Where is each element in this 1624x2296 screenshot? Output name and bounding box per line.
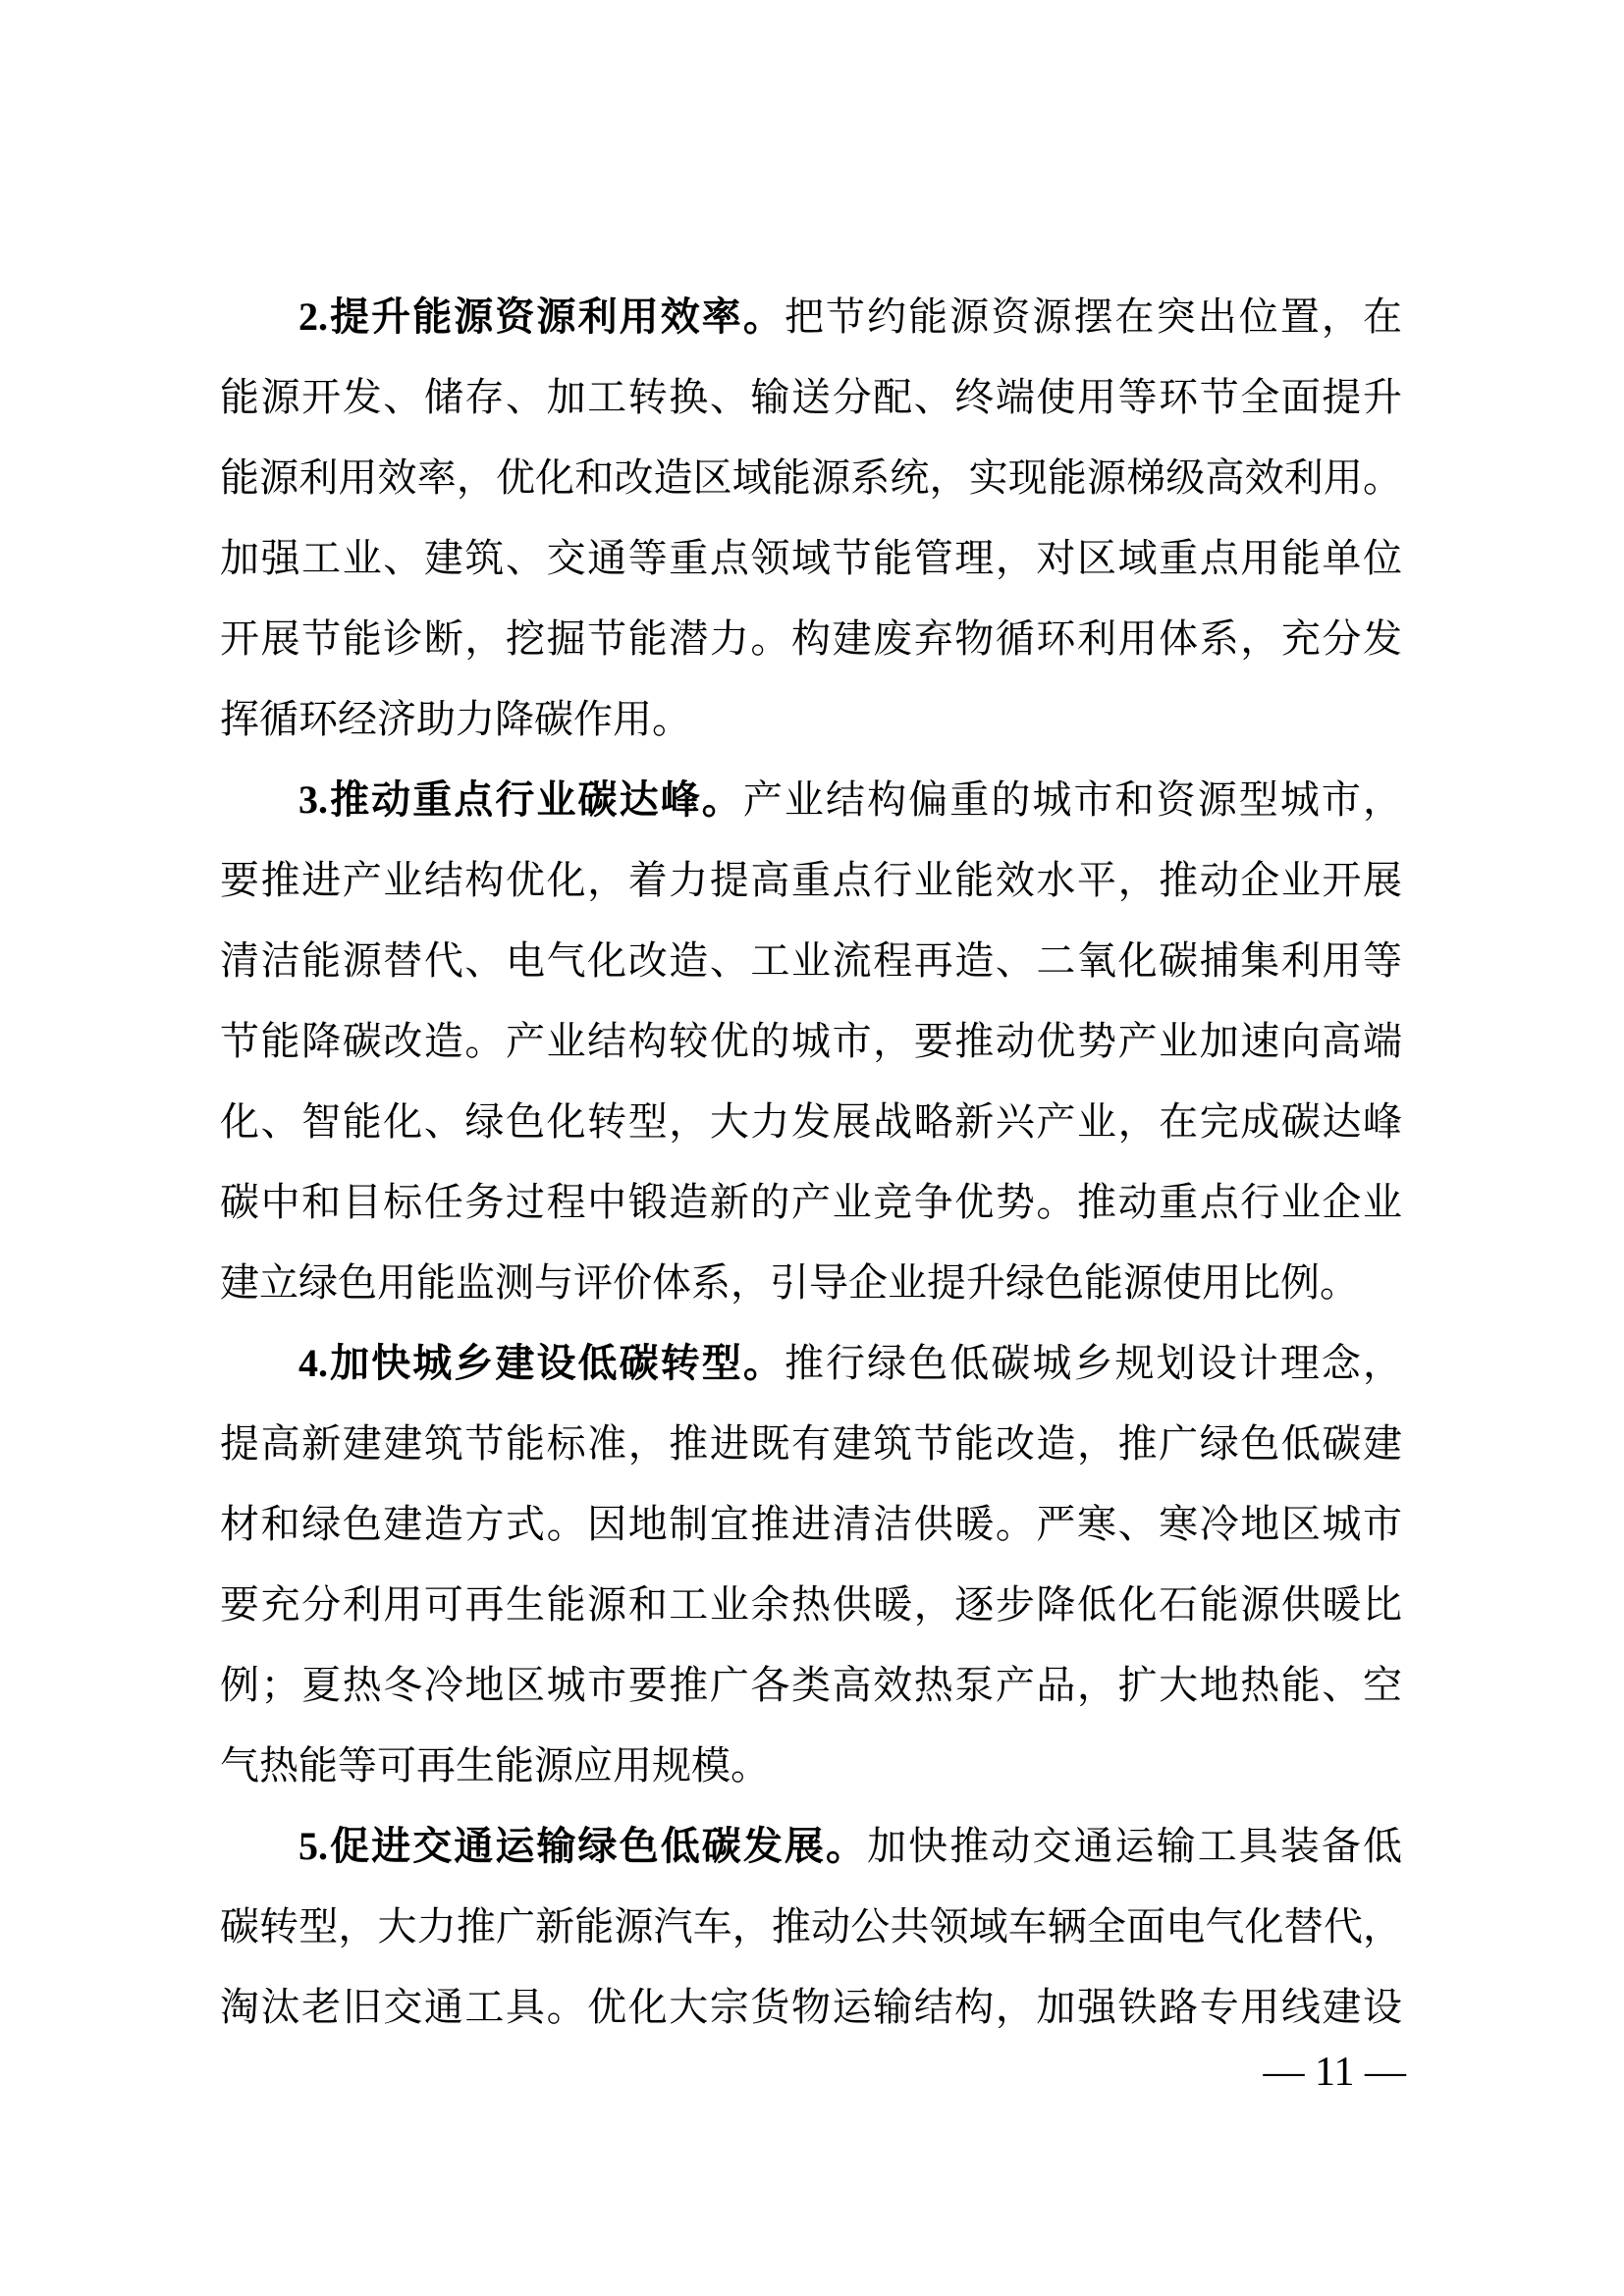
paragraph-3-line-7: 建立绿色用能监测与评价体系，引导企业提升绿色能源使用比例。	[220, 1243, 1402, 1323]
line-text: 材和绿色建造方式。因地制宜推进清洁供暖。严寒、寒冷地区城市	[220, 1502, 1402, 1546]
document-page: 2.提升能源资源利用效率。把节约能源资源摆在突出位置，在能源开发、储存、加工转换…	[0, 0, 1624, 2296]
line-text: 例；夏热冬冷地区城市要推广各类高效热泵产品，扩大地热能、空	[220, 1663, 1402, 1707]
paragraph-lead-heading: 5.促进交通运输绿色低碳发展。	[298, 1824, 867, 1868]
paragraph-2-line-5: 开展节能诊断，挖掘节能潜力。构建废弃物循环利用体系，充分发	[220, 599, 1402, 679]
paragraph-3-line-1: 3.推动重点行业碳达峰。产业结构偏重的城市和资源型城市，	[220, 760, 1402, 840]
page-number: — 11 —	[1264, 2050, 1406, 2095]
line-text: 化、智能化、绿色化转型，大力发展战略新兴产业，在完成碳达峰	[220, 1099, 1402, 1144]
paragraph-lead-heading: 3.推动重点行业碳达峰。	[298, 777, 743, 822]
paragraph-5-line-2: 碳转型，大力推广新能源汽车，推动公共领域车辆全面电气化替代，	[220, 1887, 1402, 1967]
line-text: 能源开发、储存、加工转换、输送分配、终端使用等环节全面提升	[220, 375, 1402, 419]
paragraph-3-line-3: 清洁能源替代、电气化改造、工业流程再造、二氧化碳捕集利用等	[220, 921, 1402, 1001]
paragraph-3-line-4: 节能降碳改造。产业结构较优的城市，要推动优势产业加速向高端	[220, 1001, 1402, 1082]
line-text: 开展节能诊断，挖掘节能潜力。构建废弃物循环利用体系，充分发	[220, 616, 1402, 661]
paragraph-3-line-2: 要推进产业结构优化，着力提高重点行业能效水平，推动企业开展	[220, 840, 1402, 921]
paragraph-3-line-6: 碳中和目标任务过程中锻造新的产业竞争优势。推动重点行业企业	[220, 1162, 1402, 1243]
line-text: 清洁能源替代、电气化改造、工业流程再造、二氧化碳捕集利用等	[220, 938, 1402, 983]
paragraph-2-line-6: 挥循环经济助力降碳作用。	[220, 679, 1402, 760]
line-text: 节能降碳改造。产业结构较优的城市，要推动优势产业加速向高端	[220, 1019, 1402, 1063]
paragraph-4-line-3: 材和绿色建造方式。因地制宜推进清洁供暖。严寒、寒冷地区城市	[220, 1484, 1402, 1565]
line-text: 把节约能源资源摆在突出位置，在	[785, 294, 1402, 339]
line-text: 建立绿色用能监测与评价体系，引导企业提升绿色能源使用比例。	[220, 1260, 1359, 1305]
paragraph-3-line-5: 化、智能化、绿色化转型，大力发展战略新兴产业，在完成碳达峰	[220, 1082, 1402, 1162]
line-text: 碳转型，大力推广新能源汽车，推动公共领域车辆全面电气化替代，	[220, 1904, 1402, 1949]
paragraph-2-line-1: 2.提升能源资源利用效率。把节约能源资源摆在突出位置，在	[220, 277, 1402, 357]
paragraph-lead-heading: 2.提升能源资源利用效率。	[298, 294, 785, 339]
line-text: 加快推动交通运输工具装备低	[867, 1824, 1402, 1868]
paragraph-2-line-3: 能源利用效率，优化和改造区域能源系统，实现能源梯级高效利用。	[220, 438, 1402, 518]
paragraph-2-line-2: 能源开发、储存、加工转换、输送分配、终端使用等环节全面提升	[220, 357, 1402, 438]
paragraph-2-line-4: 加强工业、建筑、交通等重点领域节能管理，对区域重点用能单位	[220, 518, 1402, 599]
line-text: 碳中和目标任务过程中锻造新的产业竞争优势。推动重点行业企业	[220, 1180, 1402, 1224]
line-text: 要推进产业结构优化，着力提高重点行业能效水平，推动企业开展	[220, 858, 1402, 902]
paragraph-5-line-3: 淘汰老旧交通工具。优化大宗货物运输结构，加强铁路专用线建设	[220, 1967, 1402, 2048]
line-text: 淘汰老旧交通工具。优化大宗货物运输结构，加强铁路专用线建设	[220, 1985, 1402, 2029]
paragraph-4-line-5: 例；夏热冬冷地区城市要推广各类高效热泵产品，扩大地热能、空	[220, 1645, 1402, 1726]
paragraph-4-line-6: 气热能等可再生能源应用规模。	[220, 1726, 1402, 1806]
line-text: 气热能等可再生能源应用规模。	[220, 1743, 770, 1788]
paragraph-4-line-4: 要充分利用可再生能源和工业余热供暖，逐步降低化石能源供暖比	[220, 1565, 1402, 1645]
line-text: 提高新建建筑节能标准，推进既有建筑节能改造，推广绿色低碳建	[220, 1421, 1402, 1466]
line-text: 产业结构偏重的城市和资源型城市，	[743, 777, 1402, 822]
paragraph-4-line-2: 提高新建建筑节能标准，推进既有建筑节能改造，推广绿色低碳建	[220, 1404, 1402, 1484]
paragraph-lead-heading: 4.加快城乡建设低碳转型。	[298, 1341, 785, 1385]
line-text: 要充分利用可再生能源和工业余热供暖，逐步降低化石能源供暖比	[220, 1582, 1402, 1627]
line-text: 推行绿色低碳城乡规划设计理念，	[785, 1341, 1402, 1385]
line-text: 能源利用效率，优化和改造区域能源系统，实现能源梯级高效利用。	[220, 455, 1402, 500]
line-text: 加强工业、建筑、交通等重点领域节能管理，对区域重点用能单位	[220, 536, 1402, 580]
document-body: 2.提升能源资源利用效率。把节约能源资源摆在突出位置，在能源开发、储存、加工转换…	[220, 277, 1402, 2048]
line-text: 挥循环经济助力降碳作用。	[220, 697, 691, 741]
paragraph-5-line-1: 5.促进交通运输绿色低碳发展。加快推动交通运输工具装备低	[220, 1806, 1402, 1887]
paragraph-4-line-1: 4.加快城乡建设低碳转型。推行绿色低碳城乡规划设计理念，	[220, 1323, 1402, 1404]
